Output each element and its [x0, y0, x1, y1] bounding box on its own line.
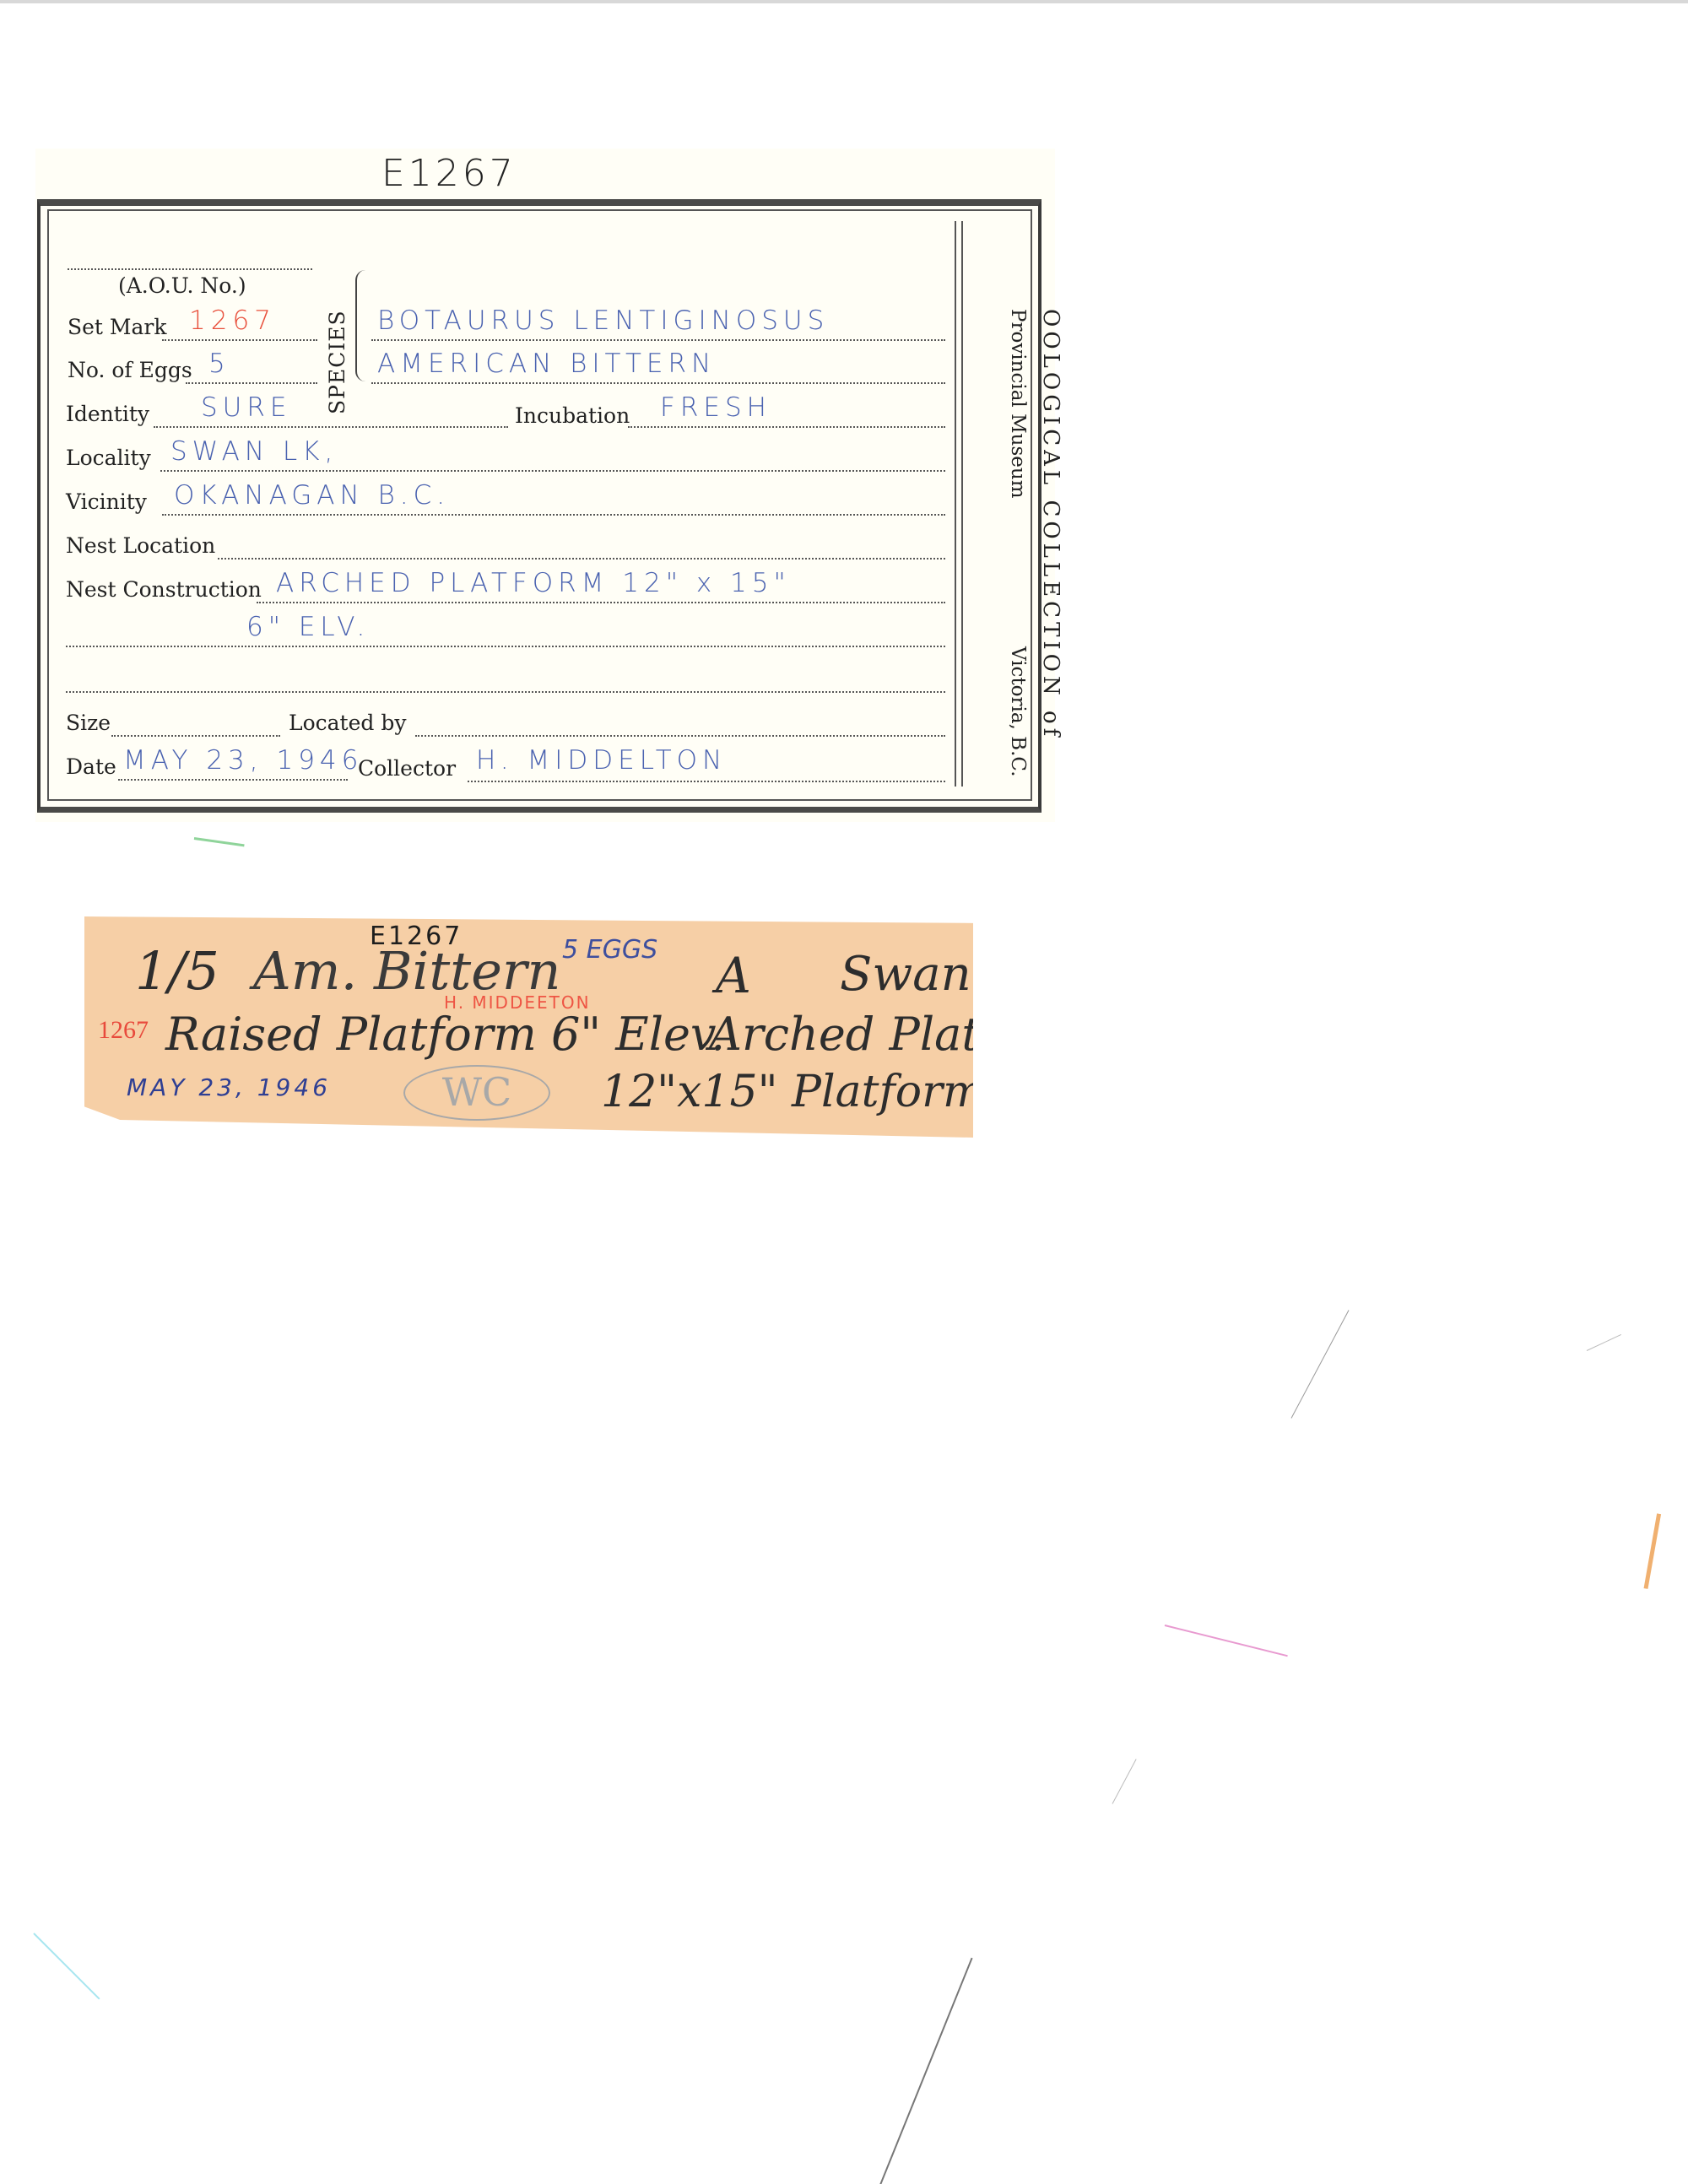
nest-construction-line-3[interactable]: [66, 691, 945, 693]
stray-mark: [1291, 1310, 1350, 1418]
no-of-eggs-value[interactable]: 5: [208, 349, 230, 379]
collector-value[interactable]: H. MIDDELTON: [476, 745, 727, 776]
date-label: Date: [66, 754, 116, 779]
size-line[interactable]: [111, 735, 280, 737]
slip-fraction: 1/5: [135, 940, 219, 1002]
vicinity-label: Vicinity: [66, 489, 147, 514]
aou-label: (A.O.U. No.): [118, 273, 246, 298]
nest-construction-line: [257, 602, 945, 603]
locality-label: Locality: [66, 446, 151, 470]
slip-locality: Swan Lake: [840, 947, 1102, 1002]
species-common-value[interactable]: AMERICAN BITTERN: [377, 349, 716, 379]
side-divider-line: [961, 221, 963, 787]
set-mark-line: [162, 339, 317, 341]
aou-number-line[interactable]: [68, 268, 312, 270]
species-brace: [355, 270, 365, 381]
locality-line: [160, 470, 945, 472]
vicinity-value[interactable]: OKANAGAN B.C.: [174, 480, 450, 511]
no-of-eggs-line: [186, 382, 317, 384]
scan-edge: [0, 0, 1688, 3]
incubation-value[interactable]: FRESH: [660, 392, 771, 423]
species-scientific-value[interactable]: BOTAURUS LENTIGINOSUS: [377, 305, 829, 336]
vicinity-line: [162, 514, 945, 516]
nest-construction-value[interactable]: ARCHED PLATFORM 12" x 15": [276, 568, 791, 598]
nest-construction-line-2: [66, 646, 945, 647]
wc-stamp: WC: [403, 1065, 550, 1121]
locality-value[interactable]: SWAN LK,: [170, 436, 338, 467]
nest-construction-label: Nest Construction: [66, 577, 262, 602]
victoria-bc-label: Victoria, B.C.: [1007, 646, 1029, 777]
side-divider-line: [955, 221, 956, 787]
collector-line: [468, 781, 945, 782]
slip-size-note: 12"x15" Platform: [601, 1067, 984, 1117]
stray-mark: [194, 837, 245, 846]
set-mark-value[interactable]: 1267: [189, 305, 276, 336]
located-by-label: Located by: [289, 711, 406, 735]
no-of-eggs-label: No. of Eggs: [68, 358, 192, 382]
species-label: SPECIES: [325, 310, 349, 414]
stray-mark: [1644, 1513, 1662, 1589]
identity-line: [154, 426, 508, 428]
slip-date: MAY 23, 1946: [127, 1073, 331, 1101]
slip-grade: A: [716, 947, 751, 1004]
collector-label: Collector: [358, 756, 456, 781]
nest-location-line[interactable]: [218, 558, 945, 560]
incubation-line: [628, 426, 945, 428]
species-scientific-line: [371, 339, 945, 341]
incubation-label: Incubation: [515, 403, 630, 428]
slip-eggs-note: 5 EGGS: [562, 935, 657, 965]
slip-construction-note-2: Arched Platform: [709, 1008, 1090, 1061]
stray-mark: [1165, 1624, 1288, 1657]
identity-label: Identity: [66, 402, 149, 426]
provincial-museum-label: Provincial Museum: [1007, 309, 1029, 499]
stray-mark: [879, 1958, 972, 2184]
set-mark-label: Set Mark: [68, 315, 167, 339]
oological-record-card: E1267 (A.O.U. No.) Set Mark 1267 No. of …: [35, 149, 1055, 822]
date-line: [118, 779, 348, 781]
field-note-slip: E1267 1/5 Am. Bittern 5 EGGS A Swan Lake…: [84, 916, 973, 1138]
stray-mark: [33, 1933, 100, 1999]
located-by-line[interactable]: [415, 735, 945, 737]
nest-location-label: Nest Location: [66, 533, 215, 558]
date-value[interactable]: MAY 23, 1946: [123, 745, 363, 776]
nest-construction-value-2[interactable]: 6" ELV.: [246, 612, 370, 642]
slip-construction-note: Raised Platform 6" Elev.: [165, 1008, 725, 1061]
species-common-line: [371, 382, 945, 384]
slip-set-mark: 1267: [98, 1016, 149, 1045]
catalog-number: E1267: [381, 152, 517, 195]
size-label: Size: [66, 711, 111, 735]
stray-mark: [1587, 1334, 1621, 1351]
identity-value[interactable]: SURE: [201, 392, 292, 423]
stray-mark: [1112, 1759, 1137, 1803]
collection-title: OOLOGICAL COLLECTION of: [1038, 309, 1063, 740]
